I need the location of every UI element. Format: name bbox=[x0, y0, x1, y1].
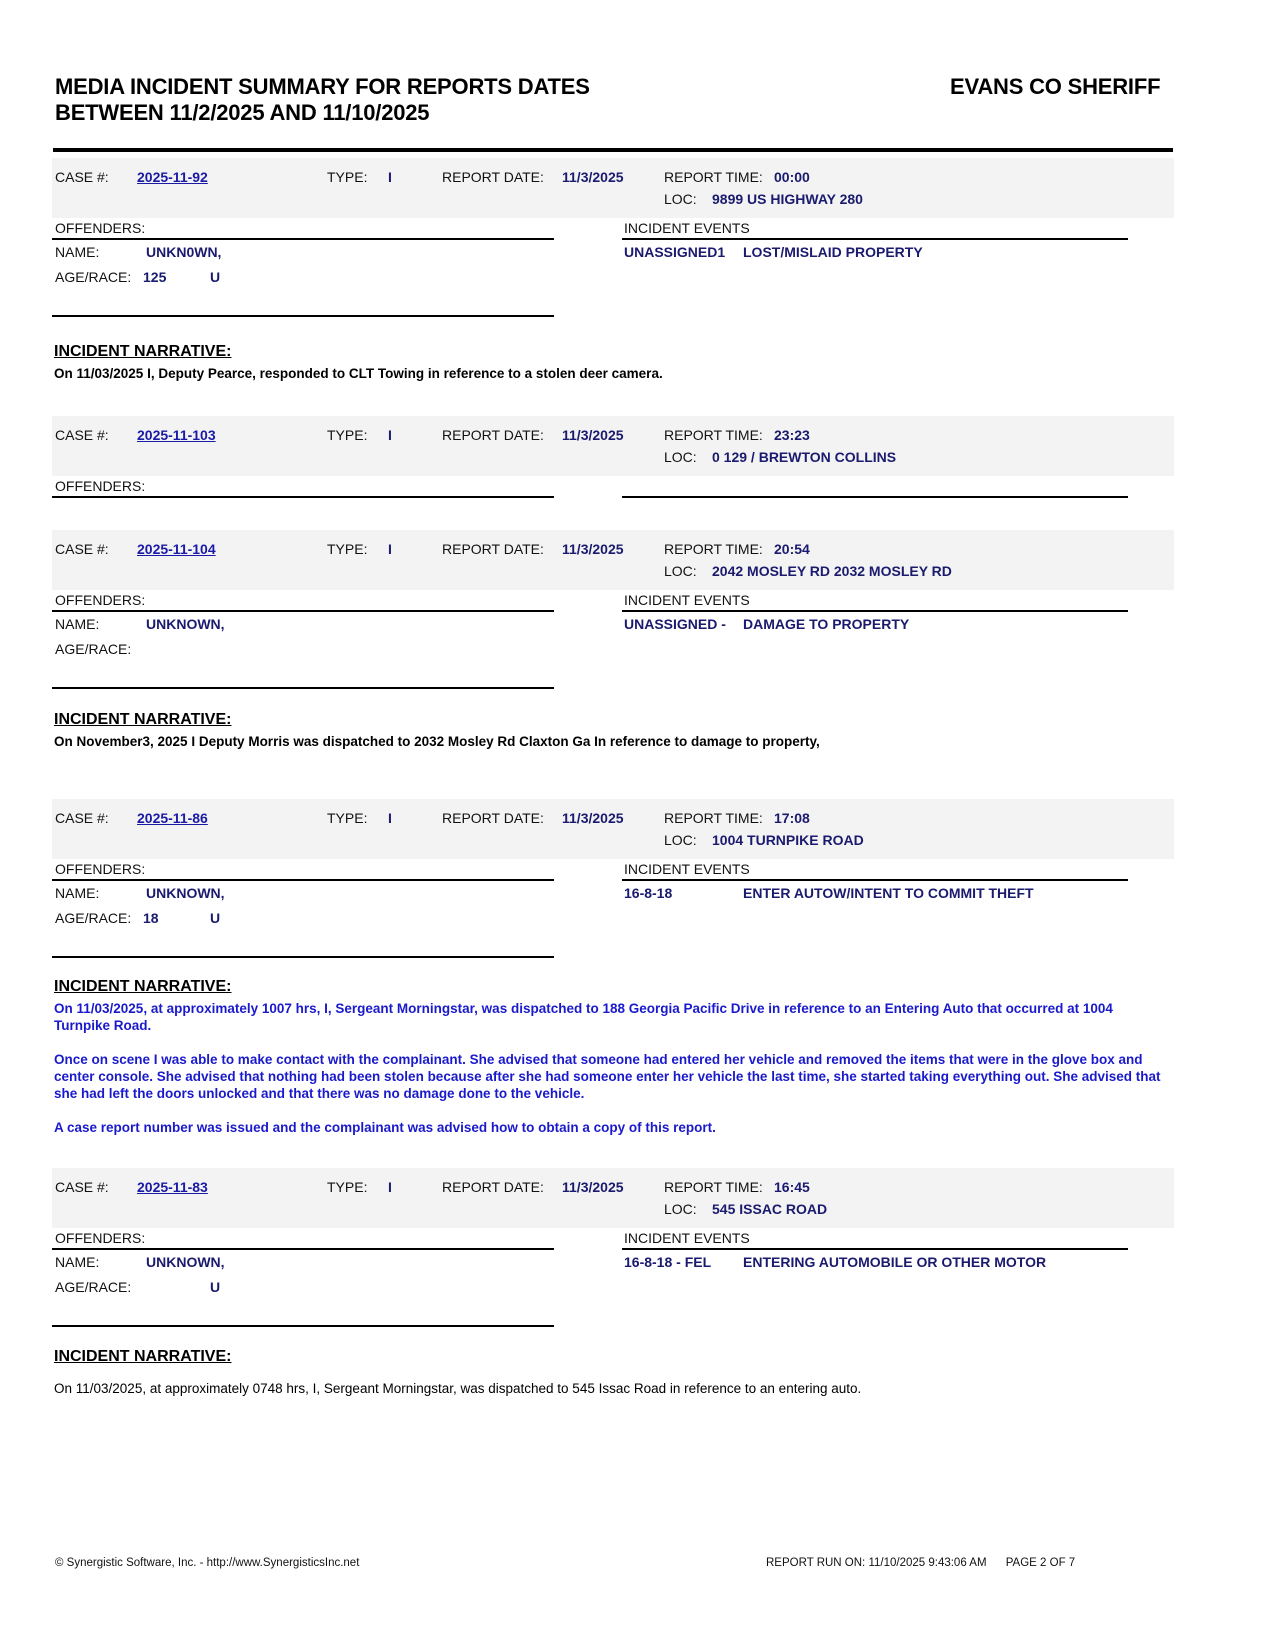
report-date-value: 11/3/2025 bbox=[562, 169, 624, 185]
case-header: CASE #: 2025-11-104 TYPE: I REPORT DATE:… bbox=[52, 530, 1174, 590]
offender-name: UNKNOWN, bbox=[146, 612, 225, 637]
case-record: CASE #: 2025-11-104 TYPE: I REPORT DATE:… bbox=[52, 530, 1174, 590]
report-date-value: 11/3/2025 bbox=[562, 541, 624, 557]
offenders-section: OFFENDERS: NAME:UNKNOWN, AGE/RACE:18U bbox=[52, 859, 554, 958]
report-time-value: 23:23 bbox=[774, 427, 810, 443]
report-date-label: REPORT DATE: bbox=[442, 541, 544, 557]
case-number-link[interactable]: 2025-11-103 bbox=[137, 427, 216, 443]
offenders-divider bbox=[52, 931, 554, 958]
report-date-value: 11/3/2025 bbox=[562, 1179, 624, 1195]
report-time-value: 00:00 bbox=[774, 169, 810, 185]
incident-events-header: INCIDENT EVENTS bbox=[622, 218, 1128, 240]
incident-narrative: INCIDENT NARRATIVE: On November3, 2025 I… bbox=[54, 711, 1164, 750]
age-race-label: AGE/RACE: bbox=[55, 637, 131, 662]
case-label: CASE #: bbox=[55, 427, 109, 443]
case-label: CASE #: bbox=[55, 541, 109, 557]
case-number-link[interactable]: 2025-11-92 bbox=[137, 169, 208, 185]
report-run-on: REPORT RUN ON: 11/10/2025 9:43:06 AM bbox=[766, 1557, 987, 1569]
type-value: I bbox=[388, 1179, 392, 1195]
type-value: I bbox=[388, 169, 392, 185]
name-label: NAME: bbox=[55, 612, 99, 637]
event-code: 16-8-18 bbox=[624, 881, 672, 906]
type-label: TYPE: bbox=[327, 1179, 367, 1195]
type-label: TYPE: bbox=[327, 427, 367, 443]
loc-label: LOC: bbox=[664, 832, 697, 848]
type-value: I bbox=[388, 810, 392, 826]
narrative-paragraph: A case report number was issued and the … bbox=[54, 1119, 1164, 1136]
loc-value: 545 ISSAC ROAD bbox=[712, 1201, 827, 1217]
loc-label: LOC: bbox=[664, 191, 697, 207]
incident-events-header: INCIDENT EVENTS bbox=[622, 1228, 1128, 1250]
report-time-value: 16:45 bbox=[774, 1179, 810, 1195]
name-label: NAME: bbox=[55, 240, 99, 265]
narrative-paragraph: On 11/03/2025, at approximately 1007 hrs… bbox=[54, 1000, 1164, 1034]
narrative-title: INCIDENT NARRATIVE: bbox=[54, 978, 1164, 996]
incident-narrative: INCIDENT NARRATIVE: On 11/03/2025, at ap… bbox=[54, 1348, 1164, 1397]
type-label: TYPE: bbox=[327, 169, 367, 185]
narrative-text: On November3, 2025 I Deputy Morris was d… bbox=[54, 733, 1164, 750]
age-race-label: AGE/RACE: bbox=[55, 1275, 131, 1300]
offender-age: 18 bbox=[143, 906, 159, 931]
loc-value: 1004 TURNPIKE ROAD bbox=[712, 832, 864, 848]
loc-value: 2042 MOSLEY RD 2032 MOSLEY RD bbox=[712, 563, 952, 579]
offender-name: UNKNOWN, bbox=[146, 881, 225, 906]
case-header: CASE #: 2025-11-92 TYPE: I REPORT DATE: … bbox=[52, 158, 1174, 218]
report-time-label: REPORT TIME: bbox=[664, 169, 763, 185]
footer-run-info: REPORT RUN ON: 11/10/2025 9:43:06 AM PAG… bbox=[766, 1557, 1091, 1569]
incident-events-header: INCIDENT EVENTS bbox=[622, 590, 1128, 612]
incident-events-section: INCIDENT EVENTS UNASSIGNED1LOST/MISLAID … bbox=[622, 218, 1128, 265]
offenders-header: OFFENDERS: bbox=[52, 476, 554, 498]
type-value: I bbox=[388, 427, 392, 443]
incident-events-section: INCIDENT EVENTS UNASSIGNED -DAMAGE TO PR… bbox=[622, 590, 1128, 637]
name-label: NAME: bbox=[55, 881, 99, 906]
narrative-paragraph: Once on scene I was able to make contact… bbox=[54, 1051, 1164, 1102]
offenders-header: OFFENDERS: bbox=[52, 590, 554, 612]
report-time-label: REPORT TIME: bbox=[664, 541, 763, 557]
offenders-divider bbox=[52, 1300, 554, 1327]
offender-race: U bbox=[210, 906, 220, 931]
offenders-section: OFFENDERS: bbox=[52, 476, 554, 498]
report-time-value: 17:08 bbox=[774, 810, 810, 826]
event-description: ENTERING AUTOMOBILE OR OTHER MOTOR bbox=[743, 1250, 1046, 1275]
report-date-value: 11/3/2025 bbox=[562, 810, 624, 826]
incident-narrative: INCIDENT NARRATIVE: On 11/03/2025 I, Dep… bbox=[54, 343, 1164, 382]
event-code: UNASSIGNED - bbox=[624, 612, 726, 637]
loc-label: LOC: bbox=[664, 449, 697, 465]
offender-race: U bbox=[210, 1275, 220, 1300]
agency-name: EVANS CO SHERIFF bbox=[950, 74, 1160, 100]
offenders-section: OFFENDERS: NAME:UNKNOWN, AGE/RACE: bbox=[52, 590, 554, 689]
report-date-label: REPORT DATE: bbox=[442, 1179, 544, 1195]
case-label: CASE #: bbox=[55, 169, 109, 185]
case-record: CASE #: 2025-11-86 TYPE: I REPORT DATE: … bbox=[52, 799, 1174, 859]
case-header: CASE #: 2025-11-83 TYPE: I REPORT DATE: … bbox=[52, 1168, 1174, 1228]
report-time-value: 20:54 bbox=[774, 541, 810, 557]
header-divider bbox=[53, 148, 1173, 152]
loc-value: 0 129 / BREWTON COLLINS bbox=[712, 449, 896, 465]
page-title: MEDIA INCIDENT SUMMARY FOR REPORTS DATES… bbox=[55, 74, 695, 126]
narrative-text: On 11/03/2025, at approximately 1007 hrs… bbox=[54, 1000, 1164, 1136]
report-date-label: REPORT DATE: bbox=[442, 810, 544, 826]
age-race-label: AGE/RACE: bbox=[55, 265, 131, 290]
event-description: DAMAGE TO PROPERTY bbox=[743, 612, 909, 637]
event-description: LOST/MISLAID PROPERTY bbox=[743, 240, 923, 265]
narrative-text: On 11/03/2025, at approximately 0748 hrs… bbox=[54, 1380, 1164, 1397]
incident-events-divider bbox=[622, 476, 1128, 498]
report-time-label: REPORT TIME: bbox=[664, 810, 763, 826]
offender-age: 125 bbox=[143, 265, 166, 290]
event-code: UNASSIGNED1 bbox=[624, 240, 725, 265]
case-record: CASE #: 2025-11-83 TYPE: I REPORT DATE: … bbox=[52, 1168, 1174, 1228]
report-date-label: REPORT DATE: bbox=[442, 169, 544, 185]
offenders-section: OFFENDERS: NAME:UNKN0WN, AGE/RACE:125U bbox=[52, 218, 554, 317]
offenders-section: OFFENDERS: NAME:UNKNOWN, AGE/RACE:U bbox=[52, 1228, 554, 1327]
case-record: CASE #: 2025-11-92 TYPE: I REPORT DATE: … bbox=[52, 158, 1174, 218]
type-label: TYPE: bbox=[327, 541, 367, 557]
offenders-header: OFFENDERS: bbox=[52, 1228, 554, 1250]
narrative-title: INCIDENT NARRATIVE: bbox=[54, 711, 1164, 729]
narrative-title: INCIDENT NARRATIVE: bbox=[54, 343, 1164, 361]
type-value: I bbox=[388, 541, 392, 557]
case-label: CASE #: bbox=[55, 810, 109, 826]
offenders-header: OFFENDERS: bbox=[52, 218, 554, 240]
case-header: CASE #: 2025-11-86 TYPE: I REPORT DATE: … bbox=[52, 799, 1174, 859]
report-date-label: REPORT DATE: bbox=[442, 427, 544, 443]
case-header: CASE #: 2025-11-103 TYPE: I REPORT DATE:… bbox=[52, 416, 1174, 476]
incident-events-section: INCIDENT EVENTS 16-8-18 - FELENTERING AU… bbox=[622, 1228, 1128, 1275]
footer-copyright: © Synergistic Software, Inc. - http://ww… bbox=[55, 1557, 359, 1569]
report-time-label: REPORT TIME: bbox=[664, 1179, 763, 1195]
case-number-link[interactable]: 2025-11-83 bbox=[137, 1179, 208, 1195]
narrative-text: On 11/03/2025 I, Deputy Pearce, responde… bbox=[54, 365, 1164, 382]
case-record: CASE #: 2025-11-103 TYPE: I REPORT DATE:… bbox=[52, 416, 1174, 476]
offender-name: UNKN0WN, bbox=[146, 240, 221, 265]
event-code: 16-8-18 - FEL bbox=[624, 1250, 711, 1275]
incident-events-section bbox=[622, 476, 1128, 498]
page-number: PAGE 2 OF 7 bbox=[1006, 1557, 1075, 1569]
incident-narrative: INCIDENT NARRATIVE: On 11/03/2025, at ap… bbox=[54, 978, 1164, 1153]
loc-label: LOC: bbox=[664, 1201, 697, 1217]
offenders-header: OFFENDERS: bbox=[52, 859, 554, 881]
narrative-title: INCIDENT NARRATIVE: bbox=[54, 1348, 1164, 1366]
case-label: CASE #: bbox=[55, 1179, 109, 1195]
report-time-label: REPORT TIME: bbox=[664, 427, 763, 443]
case-number-link[interactable]: 2025-11-86 bbox=[137, 810, 208, 826]
title-line-2: BETWEEN 11/2/2025 AND 11/10/2025 bbox=[55, 100, 695, 126]
event-description: ENTER AUTOW/INTENT TO COMMIT THEFT bbox=[743, 881, 1034, 906]
offender-race: U bbox=[210, 265, 220, 290]
incident-events-header: INCIDENT EVENTS bbox=[622, 859, 1128, 881]
name-label: NAME: bbox=[55, 1250, 99, 1275]
incident-events-section: INCIDENT EVENTS 16-8-18ENTER AUTOW/INTEN… bbox=[622, 859, 1128, 906]
offender-name: UNKNOWN, bbox=[146, 1250, 225, 1275]
report-date-value: 11/3/2025 bbox=[562, 427, 624, 443]
case-number-link[interactable]: 2025-11-104 bbox=[137, 541, 216, 557]
offenders-divider bbox=[52, 662, 554, 689]
title-line-1: MEDIA INCIDENT SUMMARY FOR REPORTS DATES bbox=[55, 74, 695, 100]
loc-label: LOC: bbox=[664, 563, 697, 579]
offenders-divider bbox=[52, 290, 554, 317]
age-race-label: AGE/RACE: bbox=[55, 906, 131, 931]
type-label: TYPE: bbox=[327, 810, 367, 826]
loc-value: 9899 US HIGHWAY 280 bbox=[712, 191, 863, 207]
